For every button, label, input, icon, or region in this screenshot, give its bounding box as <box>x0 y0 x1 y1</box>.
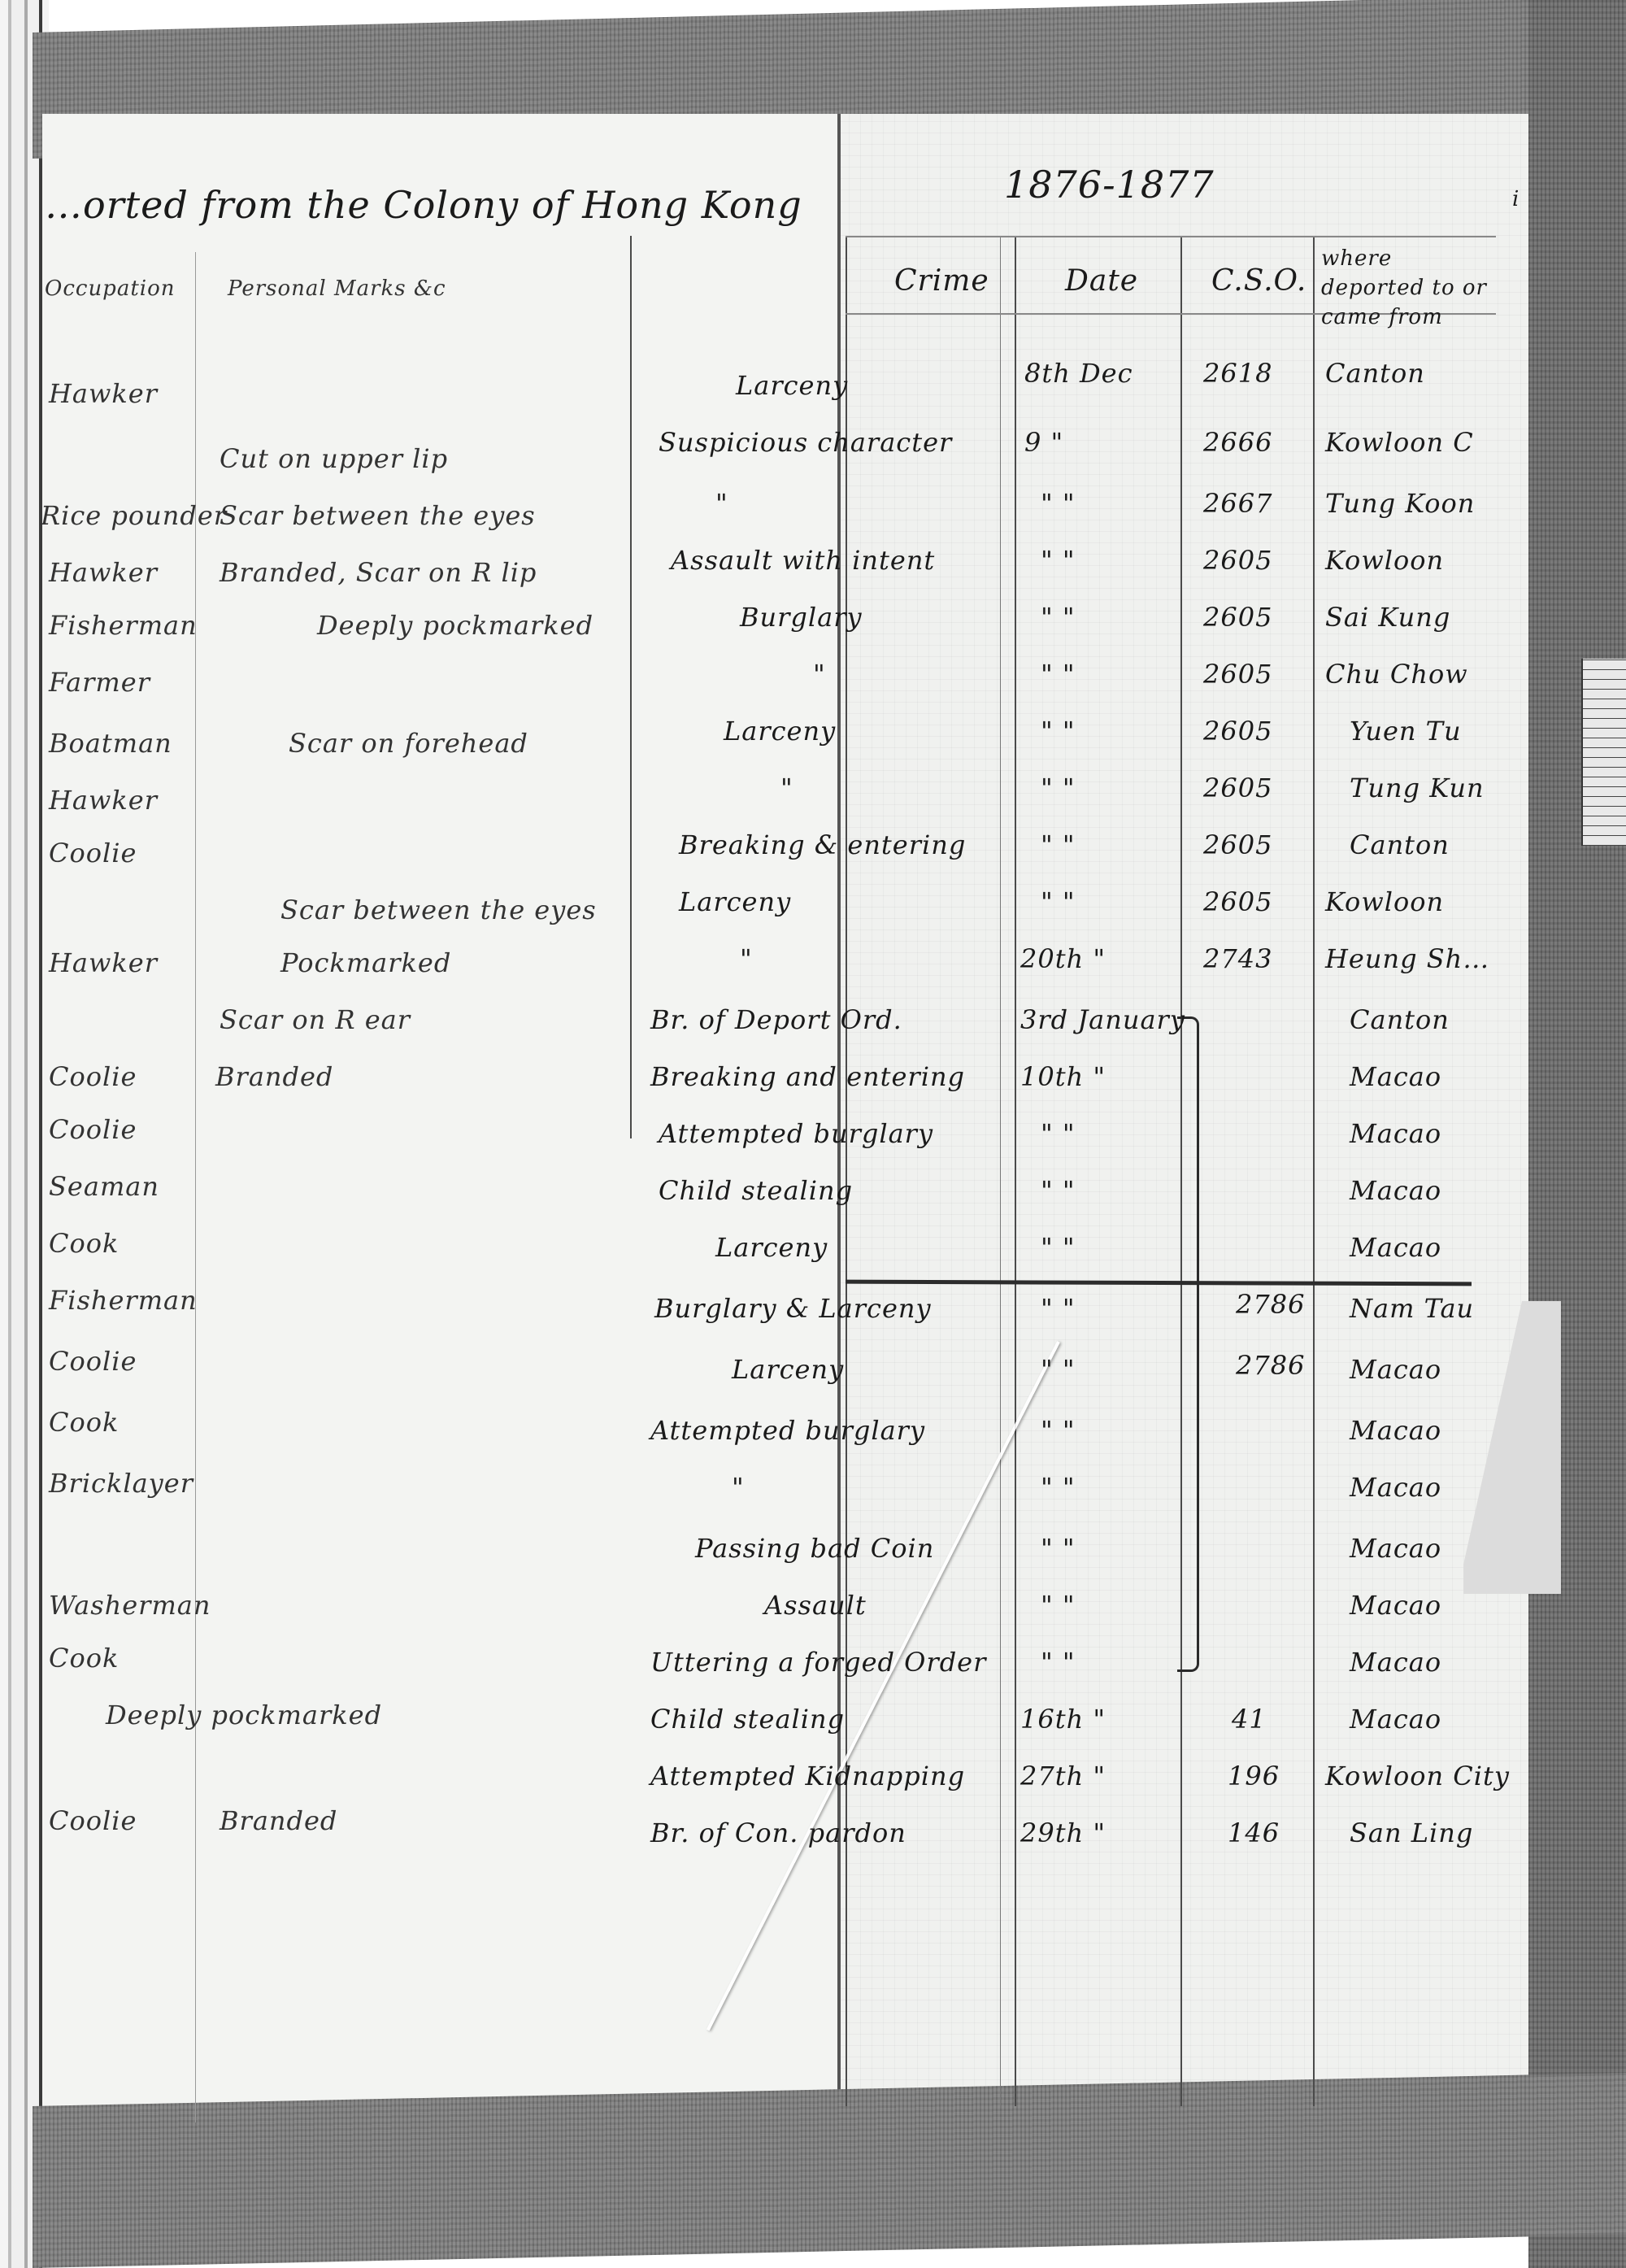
destination: Canton <box>1325 358 1425 389</box>
cso: 2618 <box>1203 358 1272 389</box>
marks: Deeply pockmarked <box>106 1700 382 1730</box>
marks: Deeply pockmarked <box>317 610 593 641</box>
occupation: Washerman <box>49 1590 211 1621</box>
cso: 2605 <box>1203 773 1272 803</box>
destination: Macao <box>1350 1061 1441 1092</box>
crime: Uttering a forged Order <box>650 1647 986 1678</box>
cso: 2786 <box>1236 1350 1305 1381</box>
occupation: Boatman <box>49 728 172 759</box>
cso: 2666 <box>1203 427 1272 458</box>
occupation: Coolie <box>49 1805 137 1836</box>
crime: Assault <box>764 1590 867 1621</box>
crime: Larceny <box>732 1354 844 1385</box>
marks: Cut on upper lip <box>220 443 448 474</box>
occupation: Hawker <box>49 947 158 978</box>
cso-header: C.S.O. <box>1211 264 1306 298</box>
occupation: Cook <box>49 1643 119 1674</box>
crime: " <box>780 773 793 803</box>
book-binding-edge <box>0 0 49 2268</box>
destination: Kowloon C <box>1325 427 1474 458</box>
date: " " <box>1041 1175 1076 1206</box>
crime: Larceny <box>679 886 791 917</box>
destination: Macao <box>1350 1118 1441 1149</box>
date: 27th " <box>1020 1761 1106 1791</box>
destination: Nam Tau <box>1350 1293 1474 1324</box>
crime: Child stealing <box>650 1704 845 1735</box>
crime: " <box>813 659 826 690</box>
destination: Macao <box>1350 1415 1441 1446</box>
cso: 2605 <box>1203 602 1272 633</box>
occupation: Seaman <box>49 1171 159 1202</box>
occupation: Hawker <box>49 557 158 588</box>
destination: Kowloon <box>1325 545 1444 576</box>
date: 9 " <box>1024 427 1063 458</box>
cso: 2605 <box>1203 545 1272 576</box>
date: " " <box>1041 1293 1076 1324</box>
crime: " <box>740 943 753 974</box>
crime: Larceny <box>715 1232 828 1263</box>
grouping-brace <box>1177 1016 1199 1672</box>
date: 16th " <box>1020 1704 1106 1735</box>
crime: Larceny <box>736 370 848 401</box>
rule-left-col2 <box>630 236 632 1138</box>
scan-shadow-right <box>1528 0 1626 2268</box>
date: " " <box>1041 1118 1076 1149</box>
cso: 41 <box>1232 1704 1267 1735</box>
cso: 196 <box>1228 1761 1280 1791</box>
destination: Sai Kung <box>1325 602 1450 633</box>
crime: Attempted Kidnapping <box>650 1761 965 1791</box>
cso: 146 <box>1228 1817 1280 1848</box>
crime: Attempted burglary <box>650 1415 925 1446</box>
crime: Br. of Con. pardon <box>650 1817 906 1848</box>
cso: 2605 <box>1203 659 1272 690</box>
crime: Passing bad Coin <box>695 1533 934 1564</box>
occupation: Bricklayer <box>49 1468 193 1499</box>
occupation: Hawker <box>49 785 158 816</box>
destination: Canton <box>1350 829 1450 860</box>
date: " " <box>1041 1647 1076 1678</box>
destination: Tung Koon <box>1325 488 1475 519</box>
date: " " <box>1041 1354 1076 1385</box>
destination: San Ling <box>1350 1817 1473 1848</box>
crime: " <box>715 488 728 519</box>
cso: 2743 <box>1203 943 1272 974</box>
crime: Breaking and entering <box>650 1061 965 1092</box>
date: " " <box>1041 716 1076 747</box>
date: " " <box>1041 773 1076 803</box>
marks: Branded <box>220 1805 337 1836</box>
rule-date-left <box>1015 236 1016 2106</box>
destination: Canton <box>1350 1004 1450 1035</box>
date: " " <box>1041 602 1076 633</box>
occupation: Hawker <box>49 378 158 409</box>
destination: Macao <box>1350 1590 1441 1621</box>
occupation: Coolie <box>49 1346 137 1377</box>
marks: Scar on R ear <box>220 1004 411 1035</box>
date: " " <box>1041 886 1076 917</box>
occupation: Cook <box>49 1407 119 1438</box>
scan-shadow-bottom <box>33 2073 1626 2268</box>
destination: Macao <box>1350 1704 1441 1735</box>
date: " " <box>1041 1472 1076 1503</box>
rule-dest-left <box>1313 236 1315 2106</box>
destination: Macao <box>1350 1232 1441 1263</box>
date: 3rd January <box>1020 1004 1185 1035</box>
date: " " <box>1041 1590 1076 1621</box>
cso: 2786 <box>1236 1289 1305 1320</box>
rule-crime-inner <box>1000 236 1001 2106</box>
date: 20th " <box>1020 943 1106 974</box>
date: " " <box>1041 488 1076 519</box>
date: 10th " <box>1020 1061 1106 1092</box>
cso: 2605 <box>1203 716 1272 747</box>
destination: Macao <box>1350 1472 1441 1503</box>
destination: Macao <box>1350 1533 1441 1564</box>
date: " " <box>1041 1533 1076 1564</box>
date: " " <box>1041 1415 1076 1446</box>
occupation: Coolie <box>49 1061 137 1092</box>
date: 8th Dec <box>1024 358 1133 389</box>
crime: Child stealing <box>659 1175 853 1206</box>
crime: Br. of Deport Ord. <box>650 1004 902 1035</box>
marks: Branded, Scar on R lip <box>220 557 537 588</box>
destination: Tung Kun <box>1350 773 1485 803</box>
date: " " <box>1041 545 1076 576</box>
crime: Assault with intent <box>671 545 935 576</box>
occupation-header: Occupation <box>45 276 176 301</box>
page-marker: i <box>1512 187 1519 211</box>
date: " " <box>1041 829 1076 860</box>
marks: Scar between the eyes <box>280 895 597 925</box>
document-title: …orted from the Colony of Hong Kong <box>45 183 802 227</box>
marks: Scar on forehead <box>289 728 528 759</box>
occupation: Coolie <box>49 838 137 868</box>
cso: 2605 <box>1203 886 1272 917</box>
date: 29th " <box>1020 1817 1106 1848</box>
crime: " <box>732 1472 745 1503</box>
ruled-card-edge <box>1581 659 1626 846</box>
occupation: Fisherman <box>49 1285 198 1316</box>
occupation: Coolie <box>49 1114 137 1145</box>
cso: 2667 <box>1203 488 1272 519</box>
date: " " <box>1041 659 1076 690</box>
crime: Larceny <box>724 716 836 747</box>
date-header: Date <box>1065 264 1138 298</box>
occupation: Farmer <box>49 667 150 698</box>
marks-header: Personal Marks &c <box>228 276 446 301</box>
destination: Kowloon City <box>1325 1761 1510 1791</box>
destination: Chu Chow <box>1325 659 1468 690</box>
crime-header: Crime <box>894 264 989 298</box>
occupation: Cook <box>49 1228 119 1259</box>
marks: Branded <box>215 1061 333 1092</box>
destination: Macao <box>1350 1354 1441 1385</box>
destination: Macao <box>1350 1175 1441 1206</box>
occupation: Rice pounder <box>41 500 227 531</box>
destination: Yuen Tu <box>1350 716 1462 747</box>
destination: Kowloon <box>1325 886 1444 917</box>
destination: Macao <box>1350 1647 1441 1678</box>
date: " " <box>1041 1232 1076 1263</box>
document-year-range: 1876-1877 <box>1004 163 1215 207</box>
marks: Pockmarked <box>280 947 451 978</box>
rule-left-col1 <box>195 252 196 2122</box>
destination: Heung Sh… <box>1325 943 1489 974</box>
marks: Scar between the eyes <box>220 500 536 531</box>
crime: Attempted burglary <box>659 1118 933 1149</box>
rule-header-top <box>846 236 1496 237</box>
occupation: Fisherman <box>49 610 198 641</box>
cso: 2605 <box>1203 829 1272 860</box>
destination-header: where deported to or came from <box>1321 244 1492 332</box>
crime: Burglary & Larceny <box>654 1293 932 1324</box>
crime: Burglary <box>740 602 863 633</box>
crime: Suspicious character <box>659 427 952 458</box>
crime: Breaking & entering <box>679 829 966 860</box>
